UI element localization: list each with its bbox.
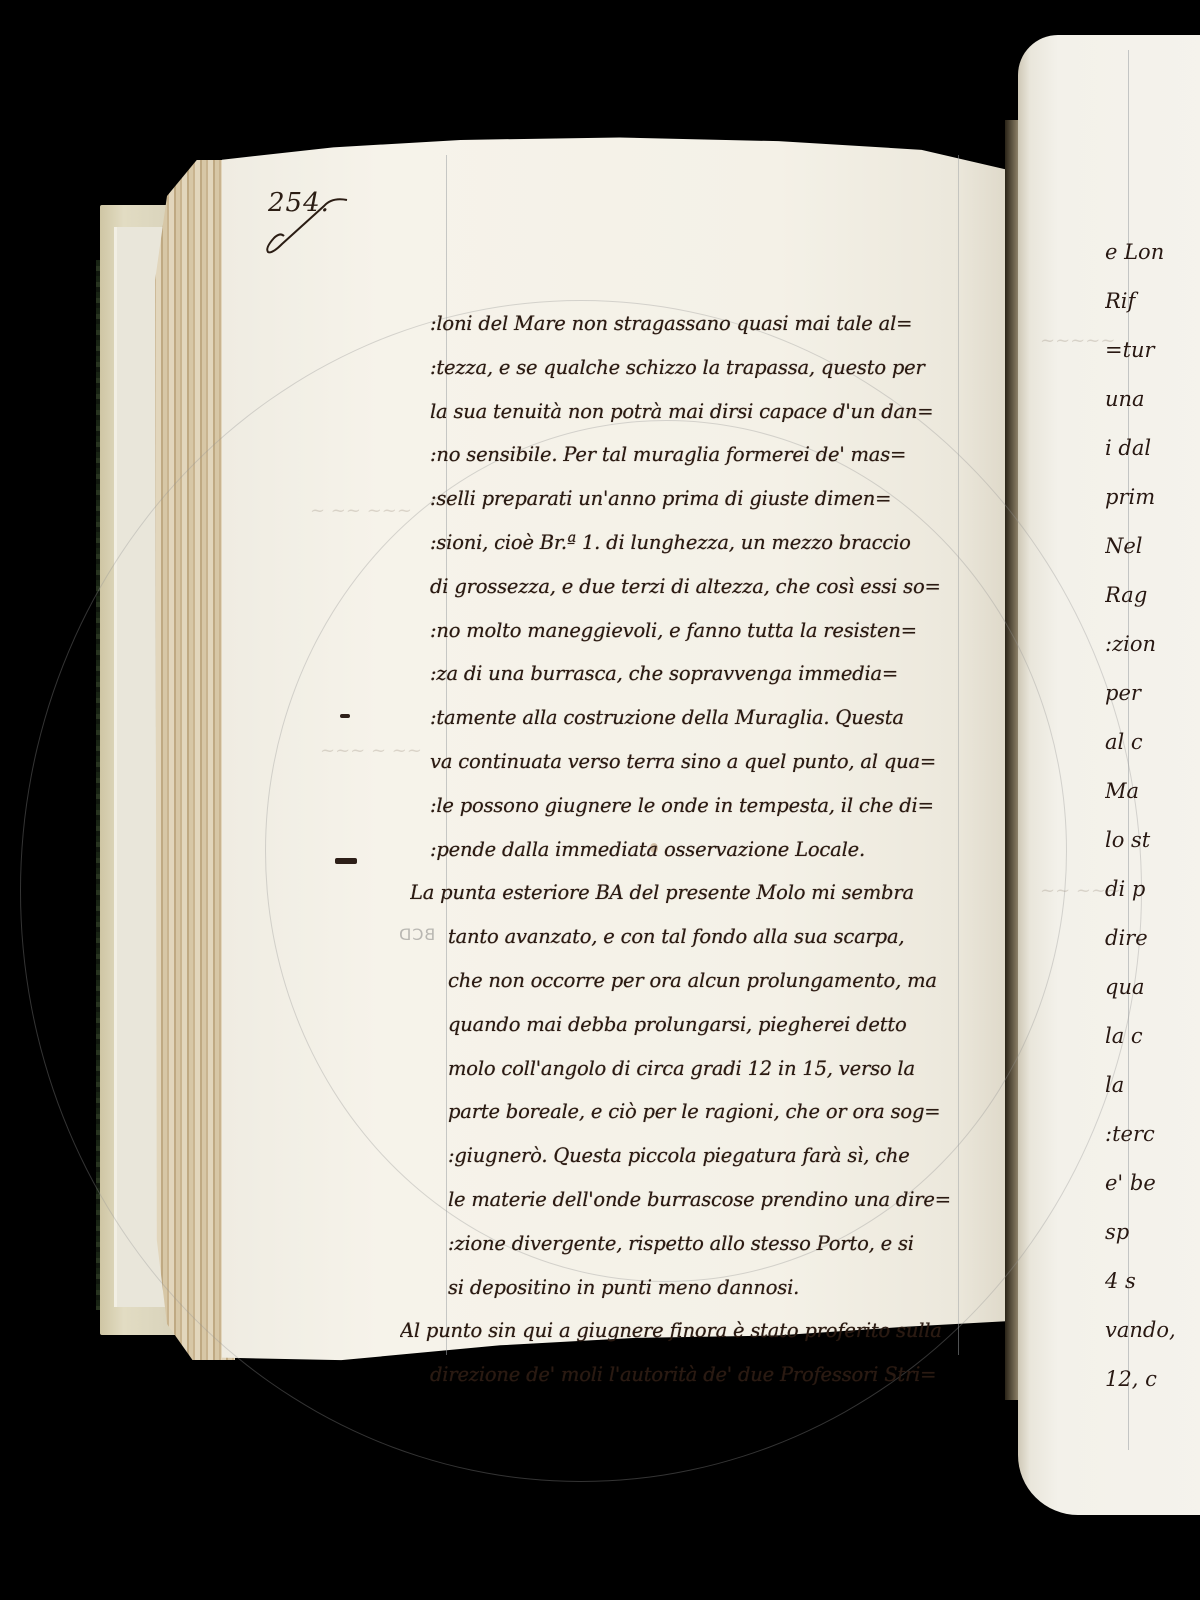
manuscript-line: :za di una burrasca, che sopravvenga imm… [430,652,990,696]
right-page-line: qua [1105,963,1200,1012]
manuscript-line: molo coll'angolo di circa gradi 12 in 15… [430,1047,990,1091]
manuscript-line: di grossezza, e due terzi di altezza, ch… [430,565,990,609]
right-page-line: vando, [1105,1306,1200,1355]
right-page-line: Rag [1105,571,1200,620]
manuscript-line: la sua tenuità non potrà mai dirsi capac… [430,390,990,434]
manuscript-line: si depositino in punti meno dannosi. [430,1266,990,1310]
margin-mark [335,858,357,864]
manuscript-line: :tezza, e se qualche schizzo la trapassa… [430,346,990,390]
right-page-line: una [1105,375,1200,424]
right-page-line: e Lon [1105,228,1200,277]
right-page-line: Nel [1105,522,1200,571]
manuscript-line: :loni del Mare non stragassano quasi mai… [430,302,990,346]
right-page-line: :terc [1105,1110,1200,1159]
right-page-line: :zion [1105,620,1200,669]
manuscript-line: direzione de' moli l'autorità de' due Pr… [430,1353,990,1397]
right-page-line: la c [1105,1012,1200,1061]
right-page-text-fragments: e Lon Rif =tur una i dal prim Nel Rag :z… [1105,228,1200,1404]
manuscript-line: Al punto sin qui a giugnere finora è sta… [400,1309,990,1353]
manuscript-line: :sioni, cioè Br.ª 1. di lunghezza, un me… [430,521,990,565]
right-page-line: lo st [1105,816,1200,865]
manuscript-line: :no sensibile. Per tal muraglia formerei… [430,433,990,477]
manuscript-line: :no molto maneggievoli, e fanno tutta la… [430,609,990,653]
right-page-line: dire [1105,914,1200,963]
right-page-line: Rif [1105,277,1200,326]
right-page-line: sp [1105,1208,1200,1257]
manuscript-line: che non occorre per ora alcun prolungame… [430,959,990,1003]
bleed-through-text: ~ ~~ ~~~ [310,500,412,521]
manuscript-line: :giugnerò. Questa piccola piegatura farà… [430,1134,990,1178]
manuscript-line: tanto avanzato, e con tal fondo alla sua… [430,915,990,959]
right-page-line: per [1105,669,1200,718]
right-page-line: Ma [1105,767,1200,816]
right-page-line: i dal [1105,424,1200,473]
manuscript-line: le materie dell'onde burrascose prendino… [430,1178,990,1222]
right-page-line: 12, c [1105,1355,1200,1404]
right-page-line: 4 s [1105,1257,1200,1306]
right-page-line: e' be [1105,1159,1200,1208]
right-page-line: la [1105,1061,1200,1110]
right-page-line: prim [1105,473,1200,522]
manuscript-text-block: :loni del Mare non stragassano quasi mai… [430,302,990,1397]
folio-number: 254. [268,188,330,218]
manuscript-line: :pende dalla immediata osservazione Loca… [430,828,990,872]
manuscript-line: La punta esteriore BA del presente Molo … [410,871,990,915]
margin-mark [340,714,350,718]
manuscript-line: :tamente alla costruzione della Muraglia… [430,696,990,740]
manuscript-line: :selli preparati un'anno prima di giuste… [430,477,990,521]
manuscript-line: :zione divergente, rispetto allo stesso … [430,1222,990,1266]
manuscript-line: quando mai debba prolungarsi, piegherei … [430,1003,990,1047]
bleed-through-text: ~~~ ~ ~~ [320,740,422,761]
manuscript-line: :le possono giugnere le onde in tempesta… [430,784,990,828]
manuscript-line: va continuata verso terra sino a quel pu… [430,740,990,784]
right-page-line: al c [1105,718,1200,767]
manuscript-line: parte boreale, e ciò per le ragioni, che… [430,1090,990,1134]
right-page-line: =tur [1105,326,1200,375]
right-page-line: di p [1105,865,1200,914]
